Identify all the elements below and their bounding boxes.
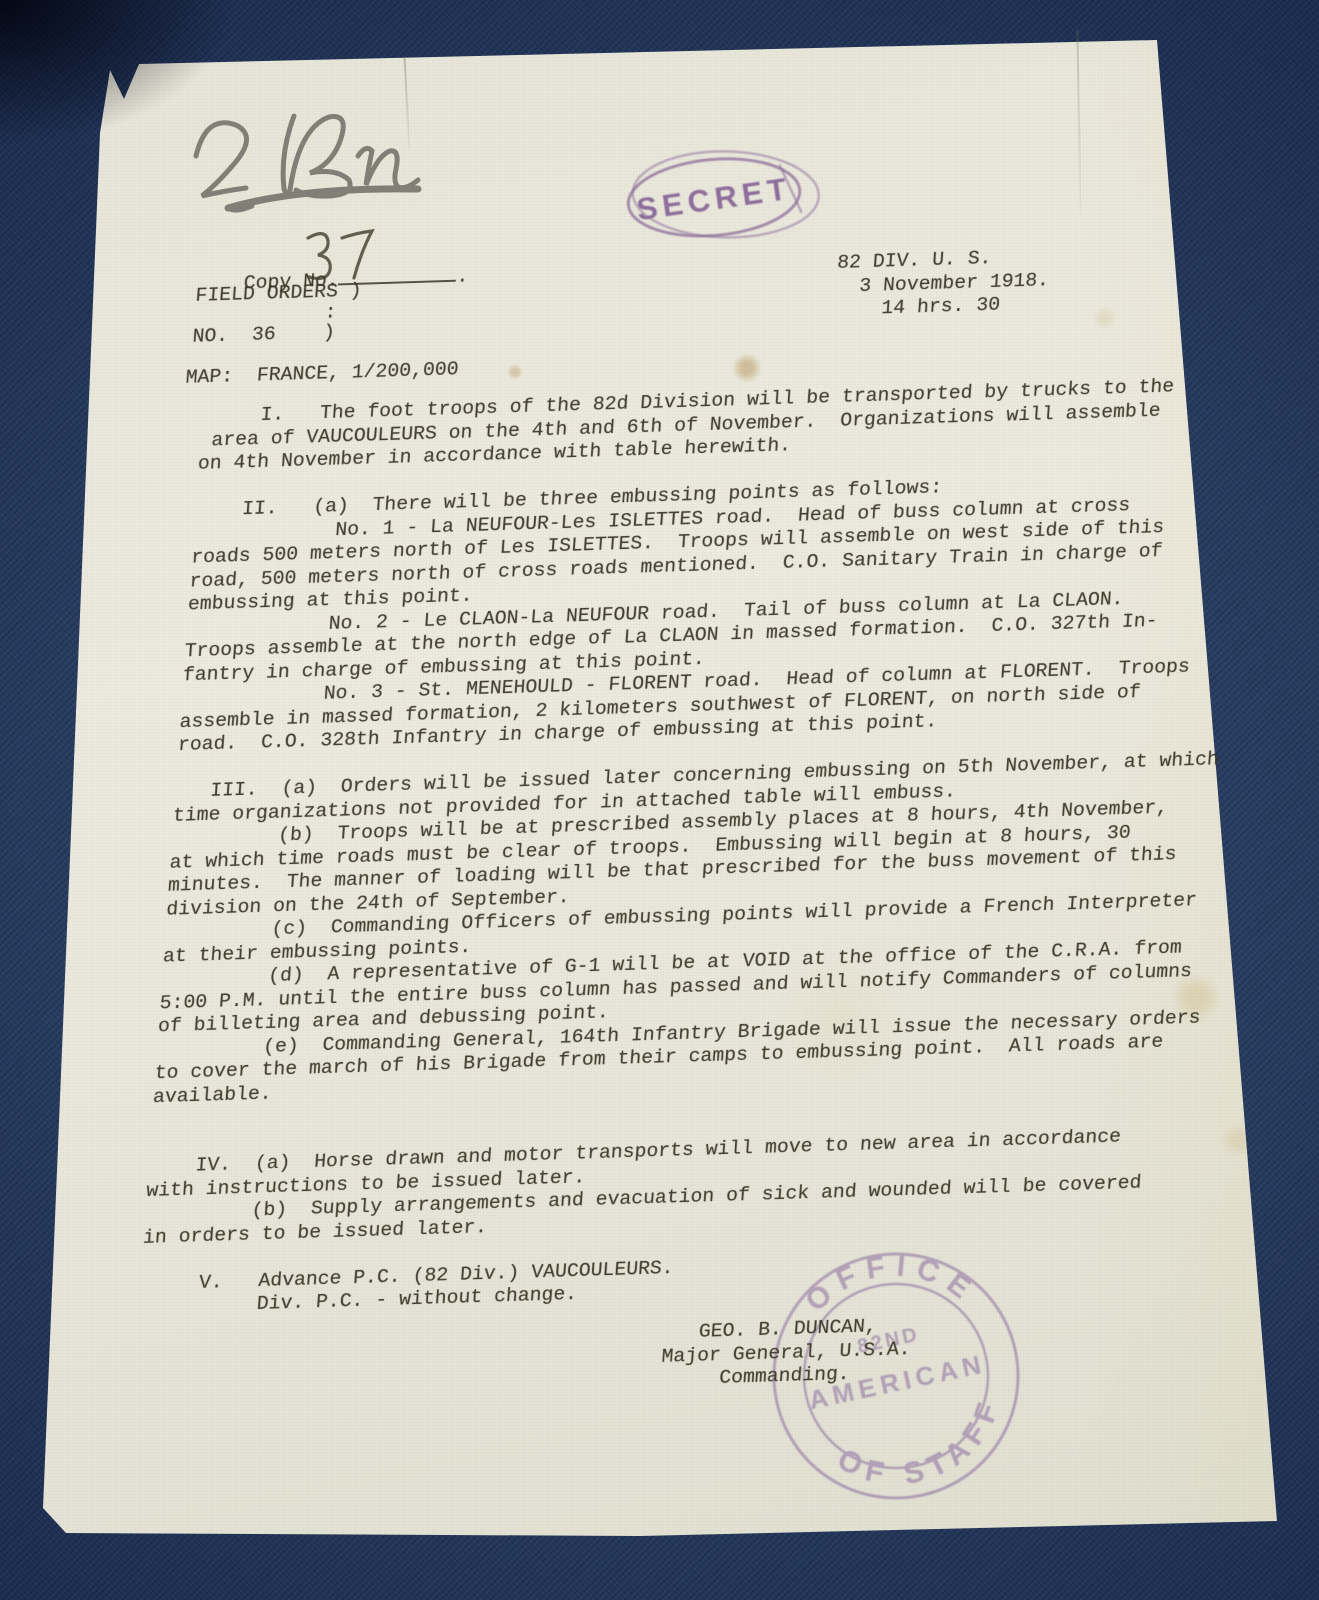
- order-body-text: I. The foot troops of the 82d Division w…: [137, 371, 1311, 1320]
- header-right-block: 82 DIV. U. S. 3 November 1918. 14 hrs. 3…: [833, 245, 1052, 322]
- copy-period: .: [456, 265, 469, 287]
- signature-block: GEO. B. DUNCAN,Major General, U.S.A. Com…: [659, 1314, 913, 1392]
- photo-of-document: { "annotations": { "pencil_note": "2 Bn"…: [0, 0, 1319, 1600]
- order-number-line: NO. 36 ): [192, 321, 336, 347]
